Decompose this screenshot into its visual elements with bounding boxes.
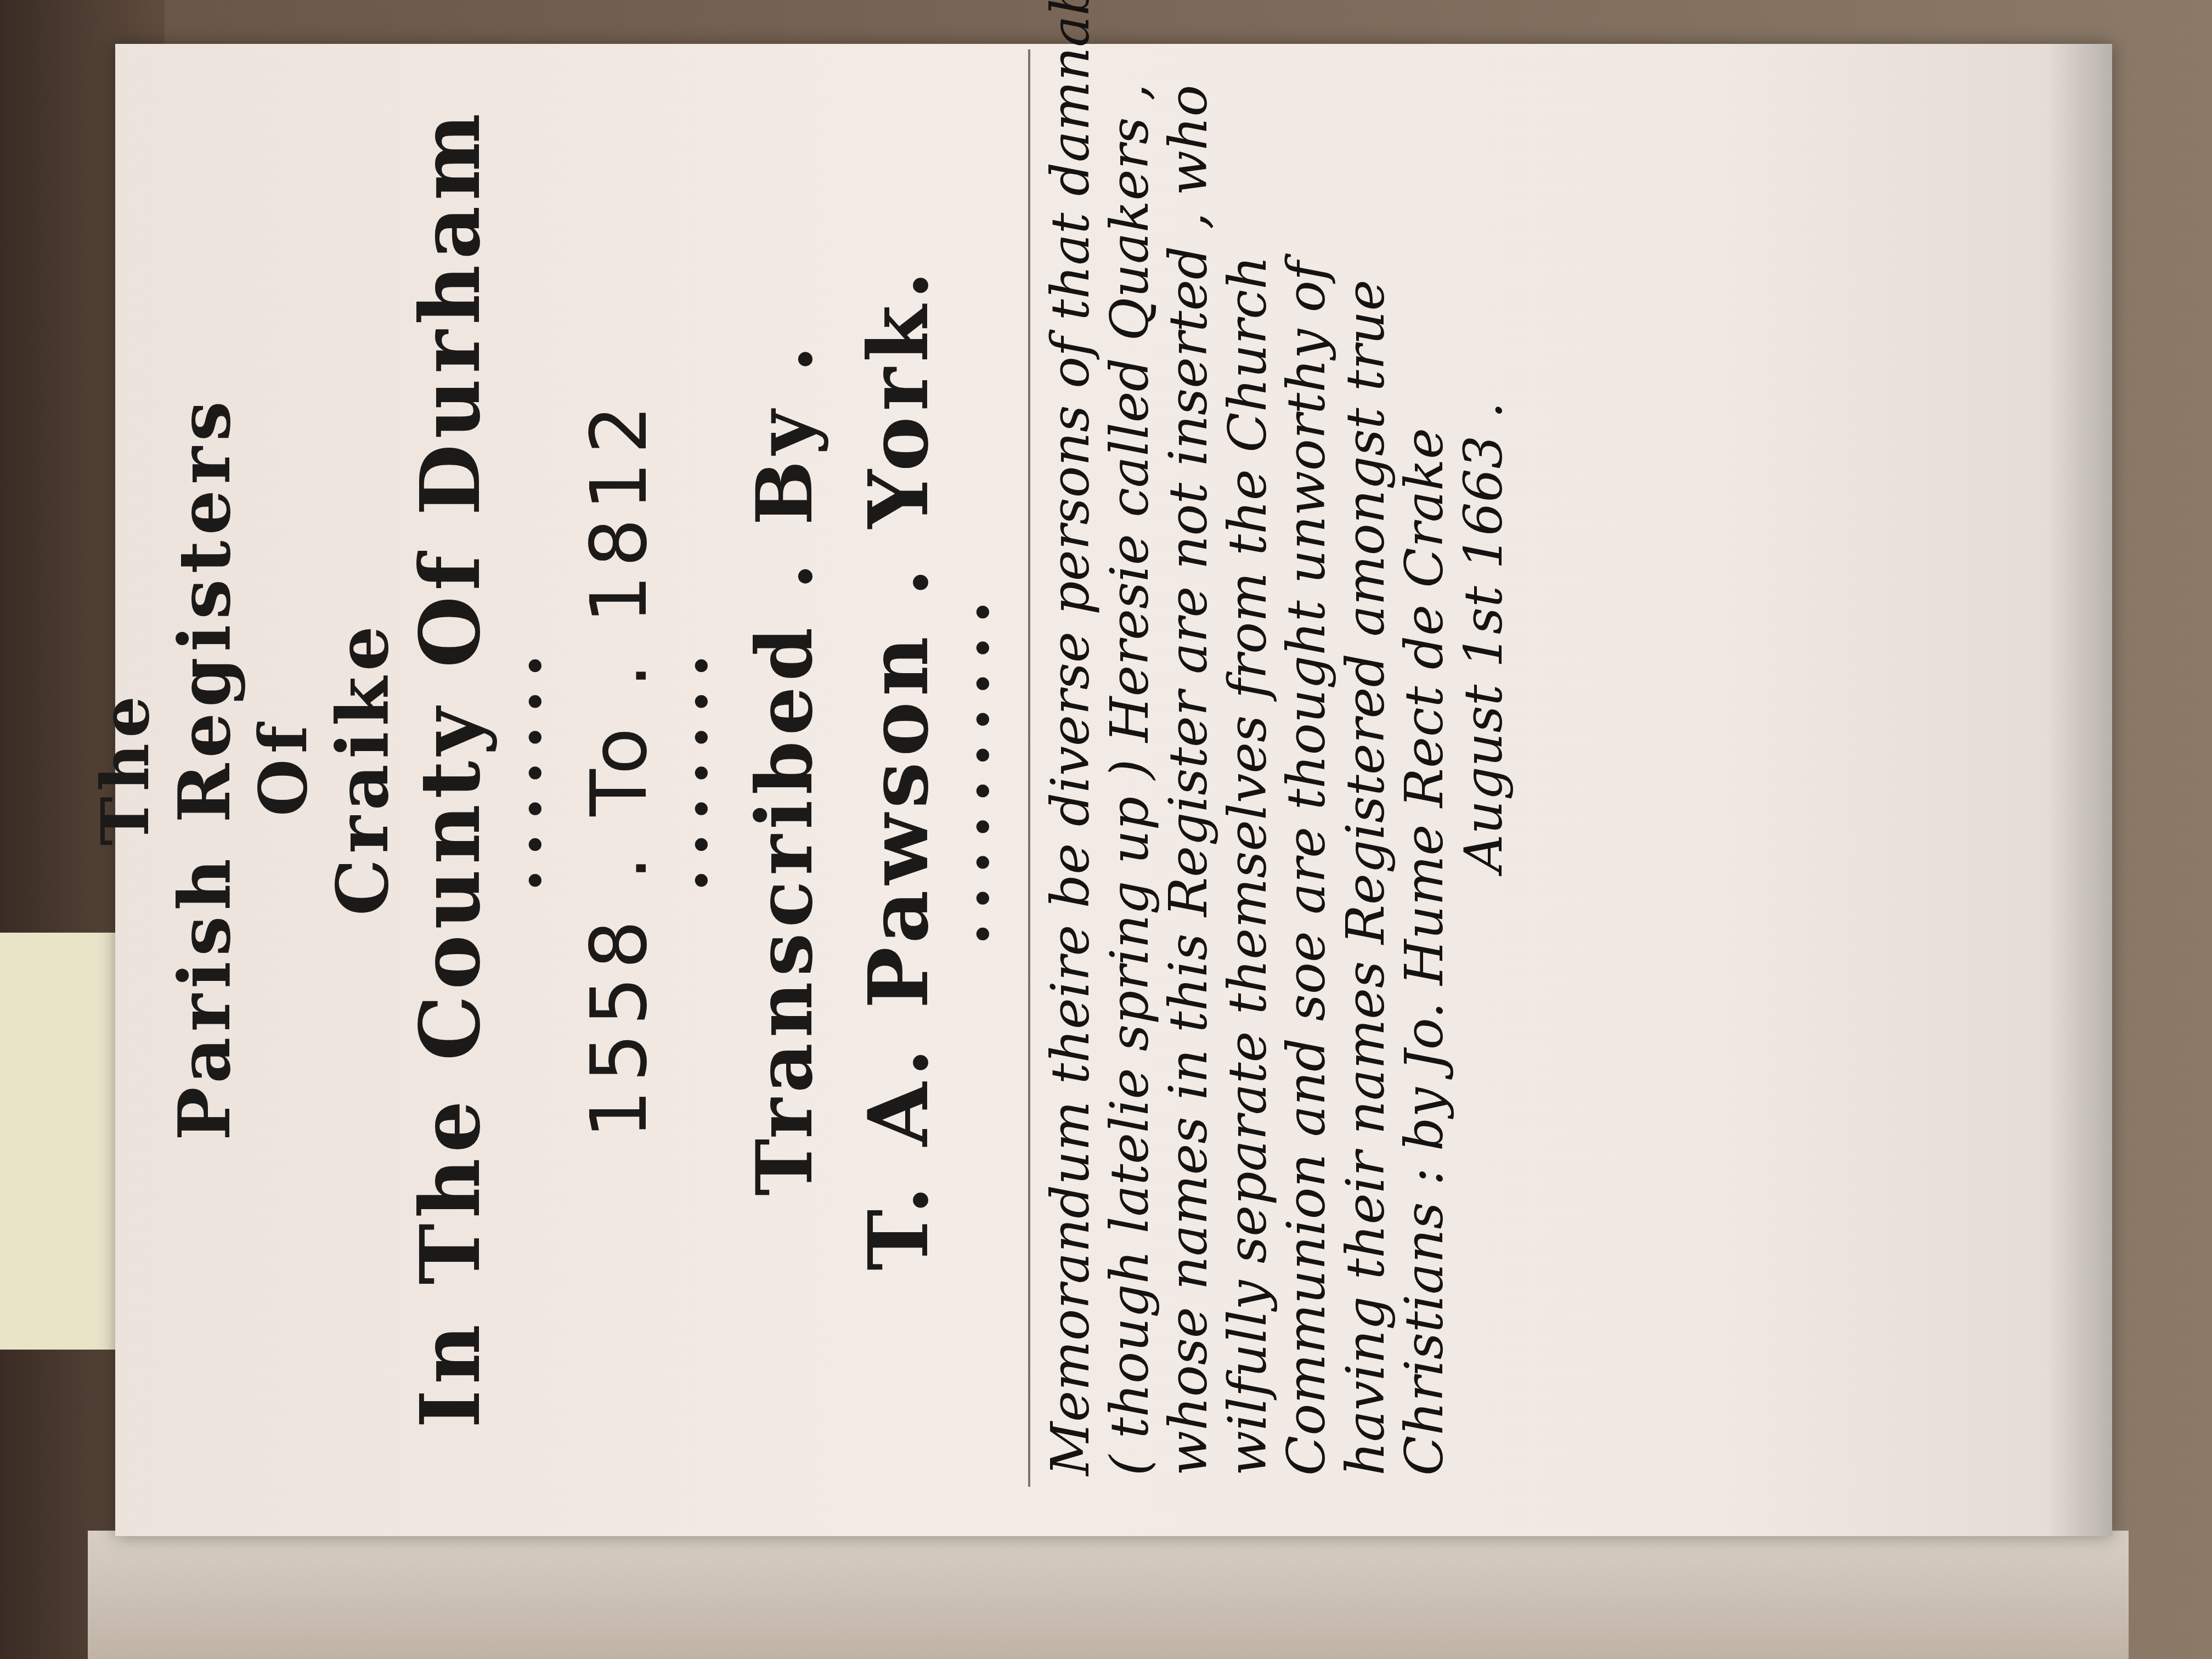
memo-line: wilfully separate themselves from the Ch… bbox=[1218, 60, 1278, 1476]
separator-dots-3: •••••••••• bbox=[962, 27, 1006, 1509]
title-line-parish-registers: Parish Registers bbox=[163, 27, 246, 1509]
divider-rule bbox=[1028, 49, 1030, 1487]
date-range: 1558 . To . 1812 bbox=[575, 27, 664, 1509]
separator-dots: ••••••• bbox=[515, 27, 558, 1509]
memo-line: having their names Registered amongst tr… bbox=[1336, 60, 1396, 1476]
memo-line: whose names in this Register are not ins… bbox=[1159, 60, 1218, 1476]
memo-line: ( though latelie spring up ) Heresie cal… bbox=[1101, 60, 1160, 1476]
memo-line: Communion and soe are thought unworthy o… bbox=[1277, 60, 1336, 1476]
memo-date: August 1st 1663 . bbox=[1454, 60, 1514, 1476]
page-content: The Parish Registers Of Craike In The Co… bbox=[88, 27, 2063, 1509]
memorandum: Memorandum theire be diverse persons of … bbox=[1041, 27, 1513, 1509]
memo-line: Memorandum theire be diverse persons of … bbox=[1041, 60, 1101, 1476]
separator-dots-2: ••••••• bbox=[681, 27, 725, 1509]
facing-page-edge bbox=[88, 1531, 2129, 1659]
title-block: The Parish Registers Of Craike In The Co… bbox=[88, 27, 1006, 1509]
title-line-craike: Craike bbox=[321, 27, 404, 1509]
title-line-the: The bbox=[88, 27, 163, 1509]
author: T. A. Pawson . York. bbox=[851, 27, 946, 1509]
memo-signature: Christians : by Jo. Hume Rect de Crake bbox=[1395, 60, 1454, 1476]
title-line-of: Of bbox=[246, 27, 321, 1509]
transcribed-by: Transcribed . By . bbox=[741, 27, 830, 1509]
title-line-county: In The County Of Durham bbox=[403, 27, 498, 1509]
